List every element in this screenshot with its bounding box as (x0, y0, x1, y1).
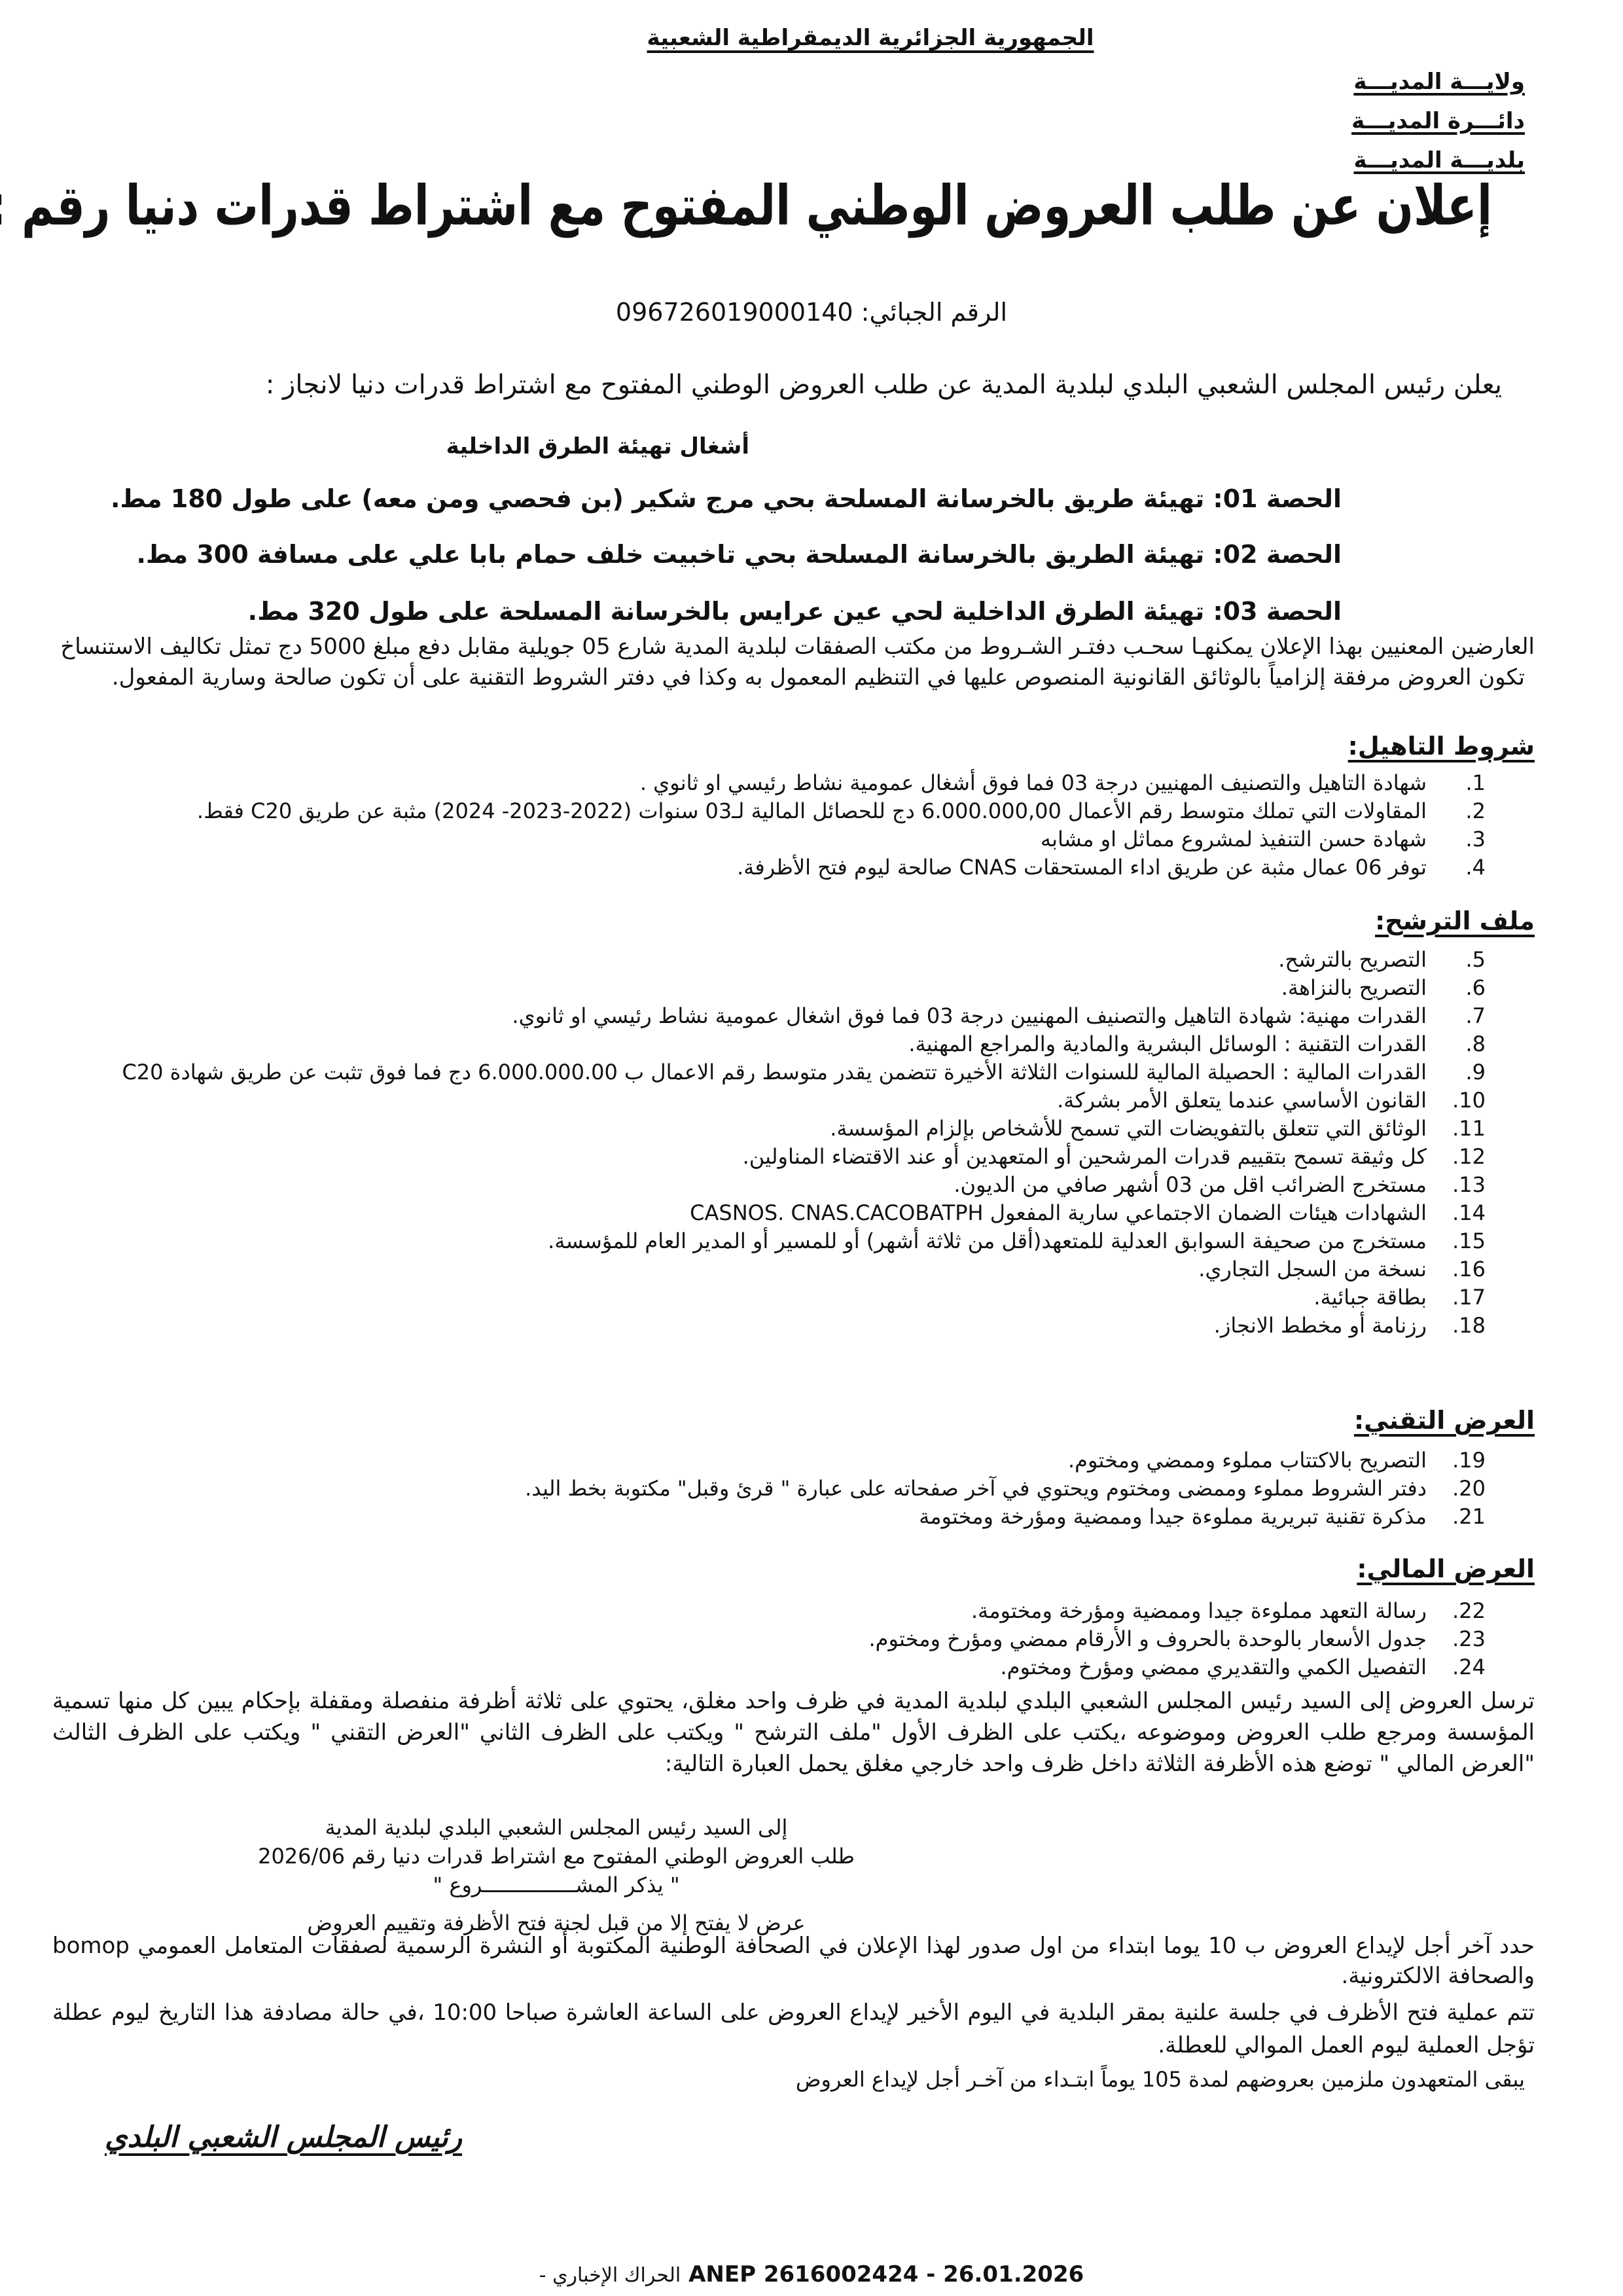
list-item: 5.التصريح بالترشح. (52, 946, 1525, 974)
daira-label: دائـــرة المديـــة (1351, 101, 1525, 141)
envelope-label: إلى السيد رئيس المجلس الشعبي البلدي لبلد… (196, 1813, 916, 1937)
qualification-list: 1.شهادة التاهيل والتصنيف المهنيين درجة 0… (52, 769, 1525, 882)
list-item: 6.التصريح بالنزاهة. (52, 974, 1525, 1002)
withdrawal-text: العارضين المعنيين بهذا الإعلان يمكنهـا س… (52, 632, 1535, 662)
section-financial-title: العرض المالي: (1357, 1554, 1535, 1583)
list-item: 9.القدرات المالية : الحصيلة المالية للسن… (52, 1058, 1525, 1086)
section-technical-title: العرض التقني: (1354, 1406, 1535, 1435)
intro-text: يعلن رئيس المجلس الشعبي البلدي لبلدية ال… (266, 370, 1502, 400)
list-item: 23.جدول الأسعار بالوحدة بالحروف و الأرقا… (52, 1625, 1525, 1653)
list-item: 14.الشهادات هيئات الضمان الاجتماعي سارية… (52, 1199, 1525, 1227)
list-item: 16.نسخة من السجل التجاري. (52, 1255, 1525, 1283)
footer: الحراك الإخباري - ANEP 2616002424 - 26.0… (0, 2261, 1623, 2287)
tax-id-value: 096726019000140 (616, 298, 853, 327)
works-title: أشغال تهيئة الطرق الداخلية (446, 433, 749, 459)
list-item: 7.القدرات مهنية: شهادة التاهيل والتصنيف … (52, 1002, 1525, 1030)
opening-text: تتم عملية فتح الأظرف في جلسة علنية بمقر … (52, 1996, 1535, 2062)
list-item: 13.مستخرج الضرائب اقل من 03 أشهر صافي من… (52, 1171, 1525, 1199)
anep-reference: ANEP 2616002424 - 26.01.2026 (688, 2261, 1084, 2287)
list-item: 12.كل وثيقة تسمح بتقييم قدرات المرشحين أ… (52, 1143, 1525, 1171)
list-item: 17.بطاقة جبائية. (52, 1283, 1525, 1312)
candidacy-list: 5.التصريح بالترشح. 6.التصريح بالنزاهة. 7… (52, 946, 1525, 1340)
section-qualification-title: شروط التاهيل: (1348, 732, 1535, 761)
list-item: 1.شهادة التاهيل والتصنيف المهنيين درجة 0… (52, 769, 1525, 797)
validity-text: يبقى المتعهدون ملزمين بعروضهم لمدة 105 ي… (796, 2067, 1525, 2092)
signature: رئيس المجلس الشعبي البلدي (105, 2121, 462, 2154)
lot-3: الحصة 03: تهيئة الطرق الداخلية لحي عين ع… (248, 597, 1342, 626)
documents-note: تكون العروض مرفقة إلزامياً بالوثائق القا… (52, 662, 1525, 692)
announcement-title: إعلان عن طلب العروض الوطني المفتوح مع اش… (445, 173, 1492, 238)
submission-text: ترسل العروض إلى السيد رئيس المجلس الشعبي… (52, 1685, 1535, 1780)
lot-2: الحصة 02: تهيئة الطريق بالخرسانة المسلحة… (137, 540, 1342, 569)
list-item: 24.التفصيل الكمي والتقديري ممضي ومؤرخ وم… (52, 1653, 1525, 1681)
list-item: 21.مذكرة تقنية تبريرية مملوءة جيدا وممضي… (52, 1503, 1525, 1531)
tax-id-label: الرقم الجبائي: (861, 298, 1007, 327)
list-item: 22.رسالة التعهد مملوءة جيدا وممضية ومؤرخ… (52, 1597, 1525, 1625)
list-item: 11.الوثائق التي تتعلق بالتفويضات التي تس… (52, 1115, 1525, 1143)
list-item: 3.شهادة حسن التنفيذ لمشروع مماثل او مشاب… (52, 825, 1525, 853)
technical-list: 19.التصريح بالاكتتاب مملوء وممضي ومختوم.… (52, 1446, 1525, 1531)
deadline-text: حدد آخر أجل لإيداع العروض ب 10 يوما ابتد… (52, 1931, 1535, 1991)
republic-header: الجمهورية الجزائرية الديمقراطية الشعبية (0, 25, 1623, 51)
list-item: 10.القانون الأساسي عندما يتعلق الأمر بشر… (52, 1086, 1525, 1115)
financial-list: 22.رسالة التعهد مملوءة جيدا وممضية ومؤرخ… (52, 1597, 1525, 1681)
lot-1: الحصة 01: تهيئة طريق بالخرسانة المسلحة ب… (111, 484, 1342, 513)
tax-id: الرقم الجبائي: 096726019000140 (0, 298, 1623, 327)
list-item: 4.توفر 06 عمال مثبة عن طريق اداء المستحق… (52, 853, 1525, 882)
list-item: 8.القدرات التقنية : الوسائل البشرية والم… (52, 1030, 1525, 1058)
admin-block: ولايـــة المديـــة دائـــرة المديـــة بل… (1351, 62, 1525, 180)
newspaper-name: الحراك الإخباري - (539, 2264, 681, 2287)
list-item: 2.المقاولات التي تملك متوسط رقم الأعمال … (52, 797, 1525, 825)
wilaya-label: ولايـــة المديـــة (1351, 62, 1525, 101)
list-item: 18.رزنامة أو مخطط الانجاز. (52, 1312, 1525, 1340)
section-candidacy-title: ملف الترشح: (1375, 906, 1535, 935)
list-item: 19.التصريح بالاكتتاب مملوء وممضي ومختوم. (52, 1446, 1525, 1475)
list-item: 20.دفتر الشروط مملوء وممضى ومختوم ويحتوي… (52, 1475, 1525, 1503)
list-item: 15.مستخرج من صحيفة السوابق العدلية للمتع… (52, 1227, 1525, 1255)
